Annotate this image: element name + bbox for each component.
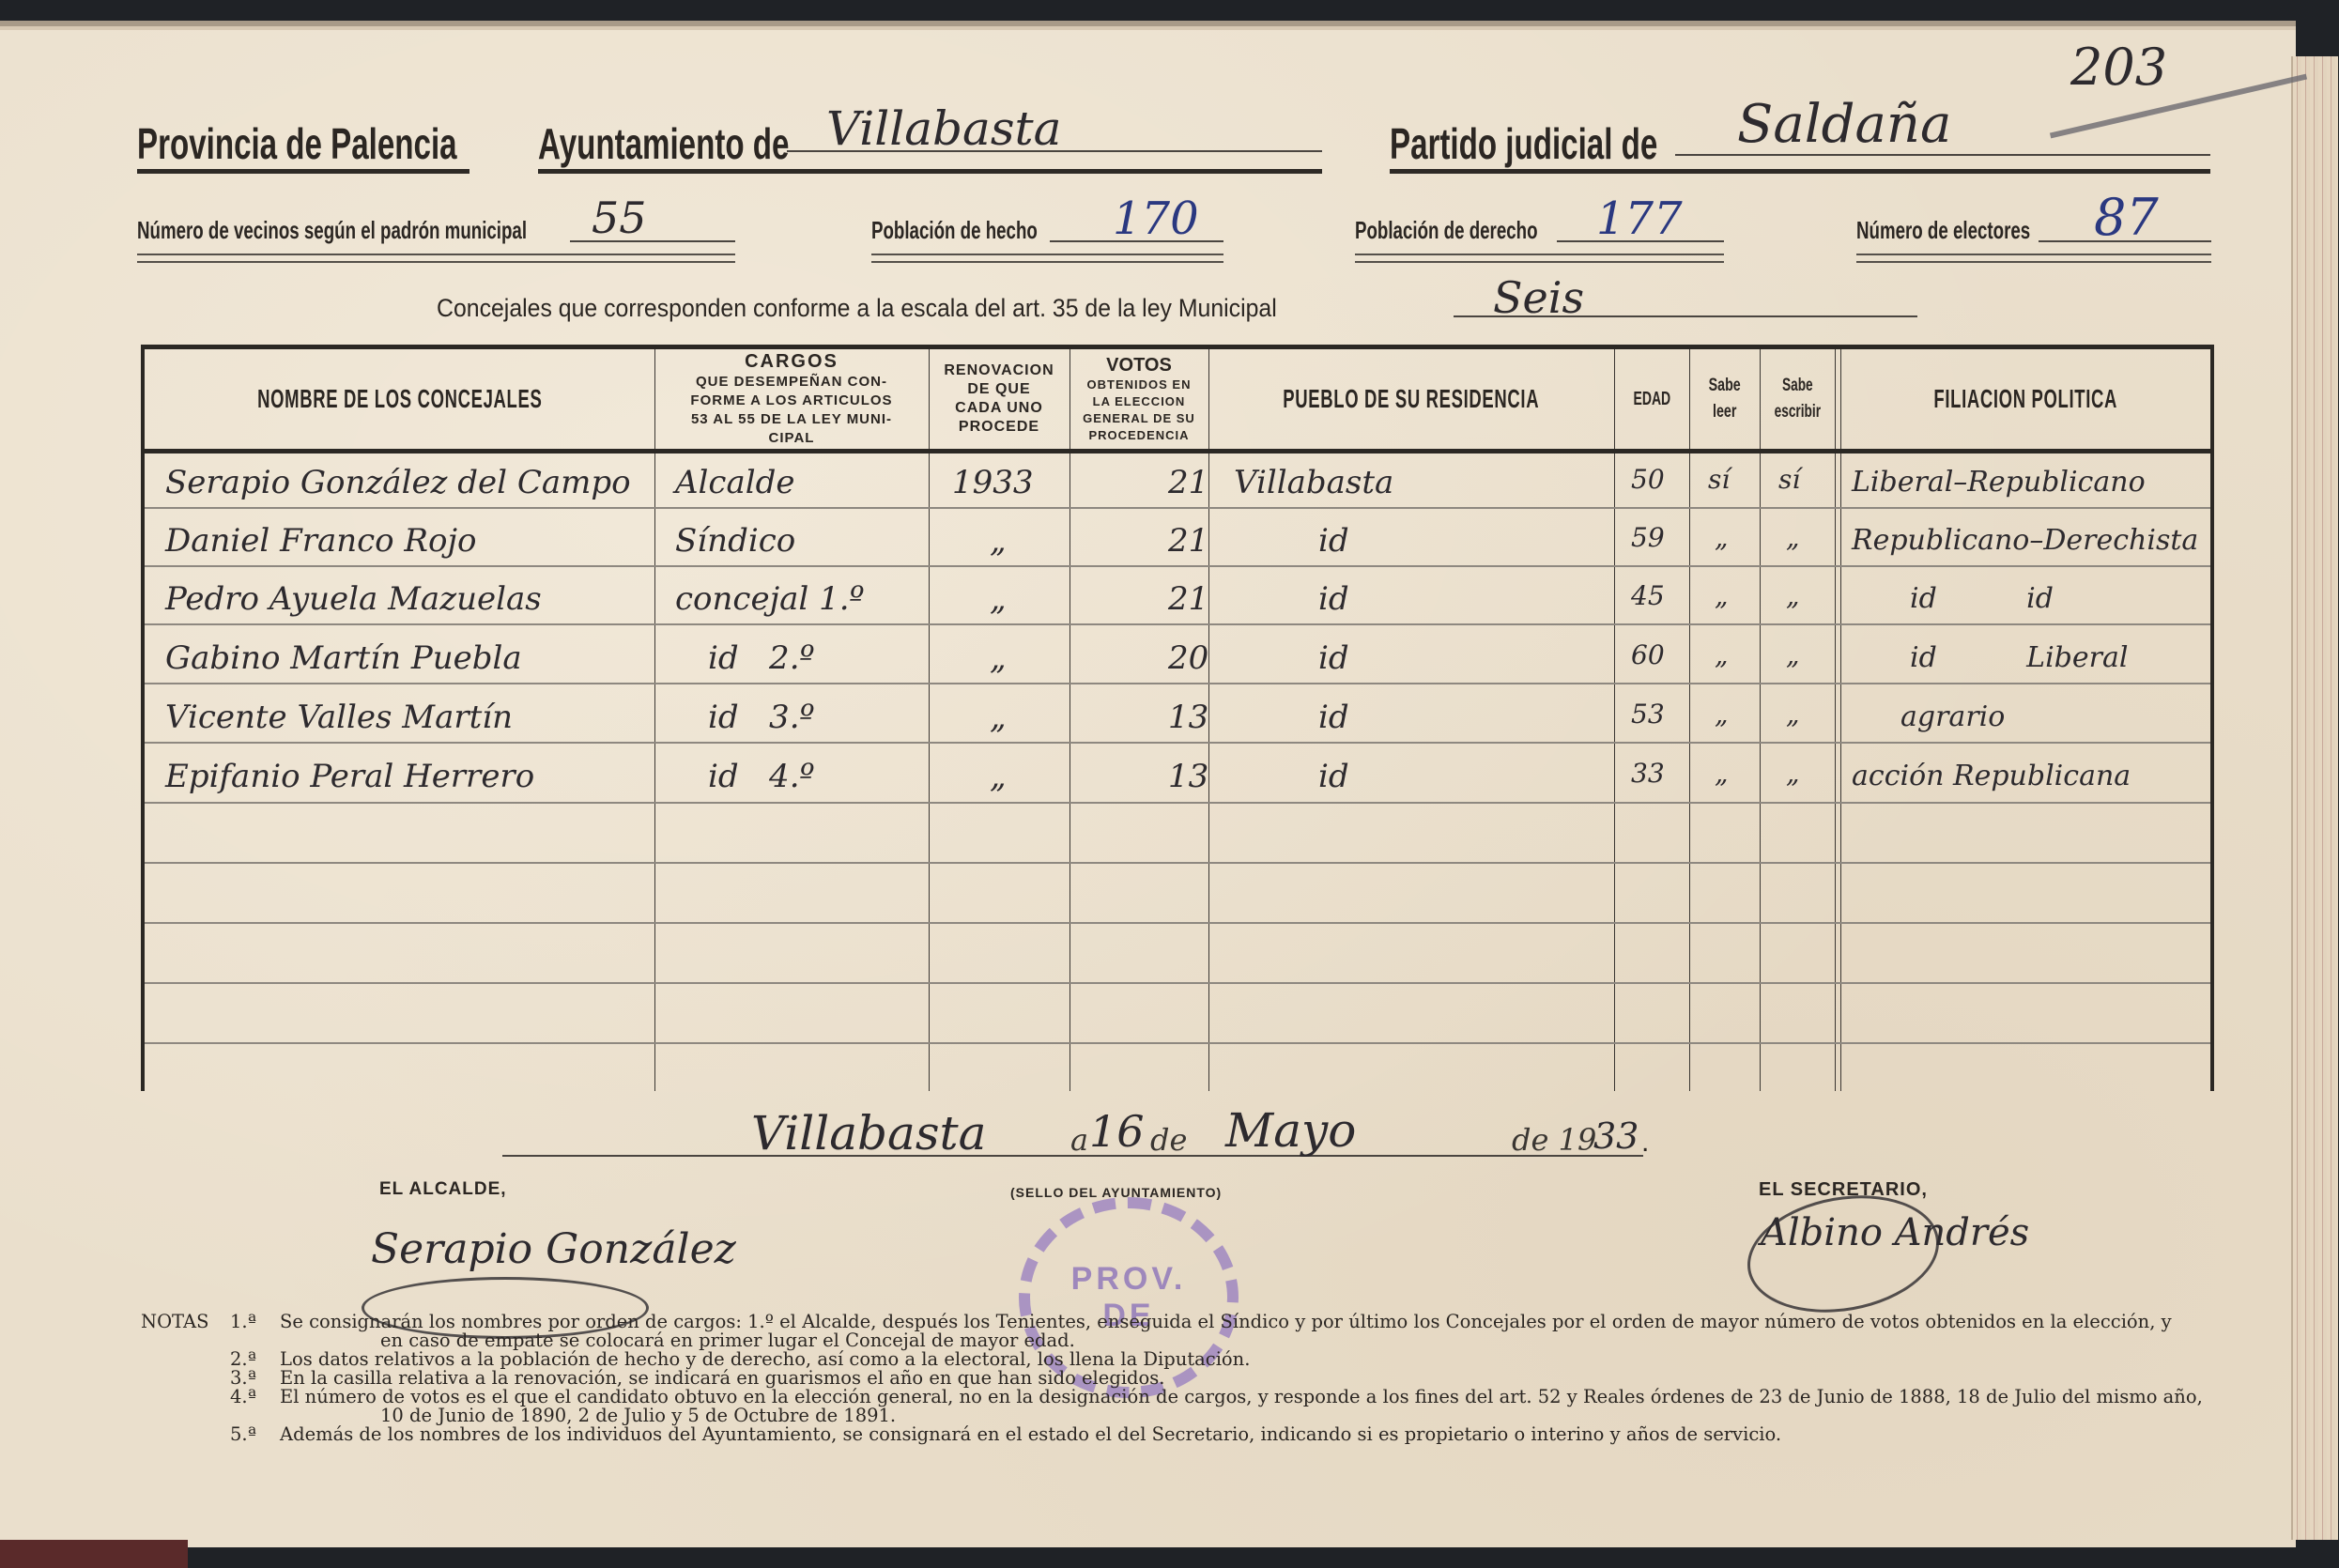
note-5: 5.ª Además de los nombres de los individ… (141, 1425, 2225, 1444)
date-month: Mayo (1225, 1103, 1356, 1158)
cell-votos: 21 (1168, 522, 1208, 560)
provincia-label: Provincia de Palencia (137, 118, 457, 169)
header-filiacion: FILIACION POLITICA (1840, 349, 2210, 449)
col-divider (929, 349, 930, 1091)
date-de-label: de (1150, 1122, 1187, 1158)
cell-votos: 13 (1168, 758, 1208, 795)
poblacion-derecho-value: 177 (1596, 192, 1683, 245)
book-page-edges (2291, 56, 2338, 1540)
cell-cargo: Síndico (675, 522, 795, 560)
cell-cargo: Alcalde (675, 464, 795, 501)
concejales-label: Concejales que corresponden conforme a l… (437, 294, 1277, 323)
col-divider (1840, 349, 1841, 1091)
col-divider (654, 349, 655, 1091)
cell-renovacion: „ (990, 639, 1007, 677)
cell-leer: „ (1715, 522, 1729, 553)
cell-cargo: id 2.º (708, 639, 815, 677)
page-number: 203 (2070, 38, 2167, 97)
cell-votos: 21 (1168, 580, 1208, 618)
col-divider (1069, 349, 1070, 1091)
header-edad: EDAD (1614, 349, 1689, 449)
date-year-prefix: de 19 (1512, 1122, 1596, 1158)
cell-edad: 50 (1631, 464, 1665, 495)
note-3: 3.ª En la casilla relativa a la renovaci… (141, 1369, 2225, 1388)
cell-renovacion: „ (990, 522, 1007, 560)
poblacion-hecho-value: 170 (1113, 192, 1199, 245)
cell-pueblo: id (1318, 758, 1349, 795)
cell-leer: „ (1715, 580, 1729, 611)
date-a-label: a (1070, 1122, 1088, 1158)
vecinos-value: 55 (592, 192, 647, 243)
vecinos-label: Número de vecinos según el padrón munici… (137, 216, 527, 245)
cell-pueblo: id (1318, 699, 1349, 736)
header-sabe-leer: Sabe leer (1689, 349, 1760, 449)
header-votos: VOTOS OBTENIDOS EN LA ELECCION GENERAL D… (1069, 349, 1208, 449)
cell-votos: 21 (1168, 464, 1208, 501)
cell-escribir: „ (1786, 699, 1800, 730)
cell-votos: 13 (1168, 699, 1208, 736)
note-4: 4.ª El número de votos es el que el cand… (141, 1388, 2225, 1407)
cell-pueblo: id (1318, 639, 1349, 677)
cell-renovacion: „ (990, 699, 1007, 736)
cell-filiacion: Republicano–Derechista (1852, 524, 2198, 557)
cell-edad: 53 (1631, 699, 1665, 730)
cell-nombre: Daniel Franco Rojo (165, 522, 477, 560)
cell-filiacion: Liberal–Republicano (1852, 466, 2146, 499)
cell-leer: „ (1715, 699, 1729, 730)
electores-label: Número de electores (1856, 216, 2030, 245)
concejales-table: NOMBRE DE LOS CONCEJALES CARGOS QUE DESE… (141, 345, 2214, 1091)
header-sabe-escribir: Sabe escribir (1760, 349, 1835, 449)
date-end: . (1641, 1127, 1649, 1159)
cell-leer: „ (1715, 639, 1729, 670)
cell-nombre: Serapio González del Campo (165, 464, 631, 501)
cell-filiacion: id id (1910, 582, 2054, 615)
note-1: NOTAS 1.ª Se consignarán los nombres por… (141, 1313, 2225, 1331)
cell-leer: „ (1715, 758, 1729, 789)
electores-value: 87 (2094, 188, 2159, 247)
book-binding (0, 1540, 188, 1568)
alcalde-label: EL ALCALDE, (379, 1179, 507, 1200)
vecinos-double-rule (137, 254, 735, 263)
notes-label: NOTAS (141, 1313, 208, 1331)
date-place: Villabasta (751, 1106, 986, 1161)
cell-escribir: „ (1786, 580, 1800, 611)
cell-nombre: Epifanio Peral Herrero (165, 758, 534, 795)
cell-nombre: Gabino Martín Puebla (165, 639, 522, 677)
note-2: 2.ª Los datos relativos a la población d… (141, 1350, 2225, 1369)
cell-cargo: id 4.º (708, 758, 815, 795)
date-year-suffix: 33 (1593, 1115, 1639, 1157)
cell-cargo: id 3.º (708, 699, 815, 736)
cell-escribir: „ (1786, 639, 1800, 670)
header-renovacion: RENOVACION DE QUE CADA UNO PROCEDE (929, 349, 1069, 449)
cell-votos: 20 (1168, 639, 1208, 677)
cell-escribir: „ (1786, 758, 1800, 789)
poblacion-hecho-label: Población de hecho (871, 216, 1038, 245)
electores-double-rule (1856, 254, 2211, 263)
cell-pueblo: Villabasta (1234, 464, 1393, 501)
partido-label: Partido judicial de (1390, 118, 1657, 169)
cell-filiacion: id Liberal (1910, 641, 2128, 674)
cell-edad: 45 (1631, 580, 1665, 611)
cell-nombre: Pedro Ayuela Mazuelas (165, 580, 542, 618)
ayuntamiento-value: Villabasta (826, 101, 1061, 156)
alcalde-signature: Serapio González (371, 1225, 736, 1273)
col-divider (1760, 349, 1761, 1091)
cell-leer: sí (1708, 464, 1730, 495)
cell-edad: 59 (1631, 522, 1665, 553)
notes-section: NOTAS 1.ª Se consignarán los nombres por… (141, 1313, 2225, 1444)
cell-edad: 33 (1631, 758, 1665, 789)
cell-filiacion: acción Republicana (1852, 760, 2131, 792)
cell-nombre: Vicente Valles Martín (165, 699, 513, 736)
ayuntamiento-label: Ayuntamiento de (538, 118, 789, 169)
cell-cargo: concejal 1.º (675, 580, 865, 618)
cell-pueblo: id (1318, 580, 1349, 618)
poblacion-derecho-double-rule (1355, 254, 1724, 263)
cell-filiacion: agrario (1900, 700, 2005, 733)
ayuntamiento-underline (538, 169, 1322, 174)
partido-value: Saldaña (1737, 94, 1951, 155)
concejales-value: Seis (1493, 272, 1584, 323)
cell-renovacion: „ (990, 580, 1007, 618)
cell-escribir: „ (1786, 522, 1800, 553)
cell-escribir: sí (1778, 464, 1800, 495)
col-divider (1614, 349, 1615, 1091)
header-cargos: CARGOS QUE DESEMPEÑAN CON- FORME A LOS A… (654, 349, 929, 449)
col-divider (1689, 349, 1690, 1091)
header-pueblo: PUEBLO DE SU RESIDENCIA (1208, 349, 1614, 449)
cell-edad: 60 (1631, 639, 1665, 670)
provincia-underline (137, 169, 469, 174)
header-nombre: NOMBRE DE LOS CONCEJALES (145, 349, 654, 449)
partido-underline (1390, 169, 2210, 174)
cell-pueblo: id (1318, 522, 1349, 560)
note-1-cont: en caso de empate se colocará en primer … (141, 1331, 2225, 1350)
poblacion-derecho-label: Población de derecho (1355, 216, 1538, 245)
note-4-cont: 10 de Junio de 1890, 2 de Julio y 5 de O… (141, 1407, 2225, 1425)
cell-renovacion: 1933 (952, 464, 1034, 501)
header-rule (145, 449, 2210, 453)
cell-renovacion: „ (990, 758, 1007, 795)
poblacion-hecho-double-rule (871, 254, 1223, 263)
col-divider (1835, 349, 1836, 1091)
date-day: 16 (1089, 1106, 1145, 1157)
